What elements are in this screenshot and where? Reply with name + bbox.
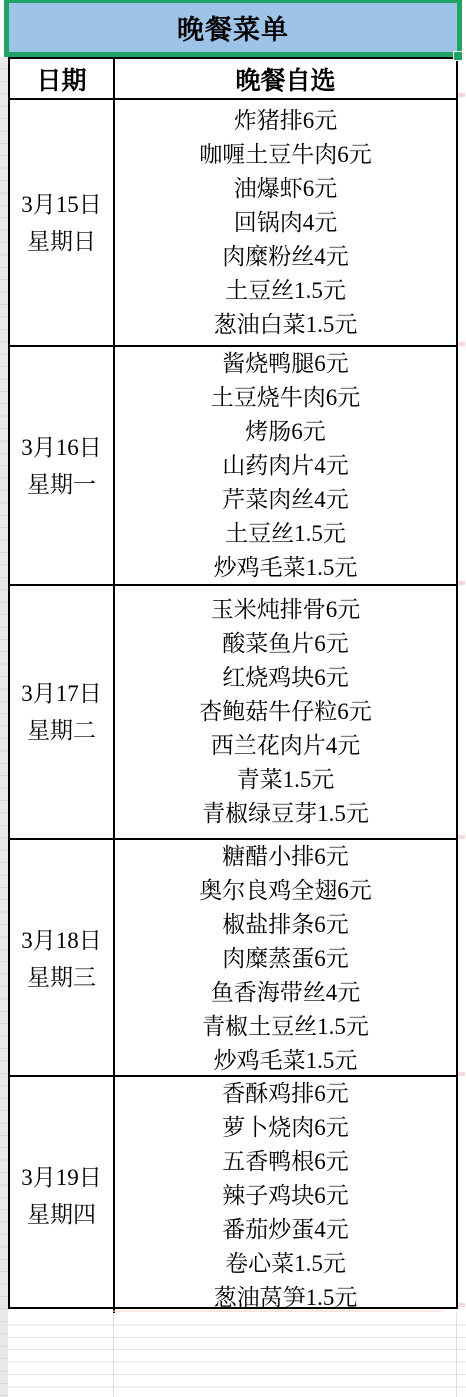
dish-item: 炸猪排6元 [234,104,338,138]
dish-item: 青椒土豆丝1.5元 [202,1010,369,1044]
dish-item: 回锅肉4元 [234,206,338,240]
weekday-label: 星期三 [27,959,96,996]
dish-item: 炒鸡毛菜1.5元 [214,551,358,585]
weekday-label: 星期日 [27,223,96,260]
dish-item: 土豆丝1.5元 [225,517,346,551]
menu-rows: 3月15日星期日炸猪排6元咖喱土豆牛肉6元油爆虾6元回锅肉4元肉糜粉丝4元土豆丝… [10,98,456,1307]
table-row: 3月18日星期三糖醋小排6元奥尔良鸡全翅6元椒盐排条6元肉糜蒸蛋6元鱼香海带丝4… [10,838,456,1075]
dish-item: 烤肠6元 [245,415,326,449]
border-artifact [113,1310,443,1312]
column-header-menu[interactable]: 晚餐自选 [113,59,456,98]
dish-item: 土豆烧牛肉6元 [211,381,361,415]
spreadsheet-view: 晚餐菜单 日期 晚餐自选 3月15日星期日炸猪排6元咖喱土豆牛肉6元油爆虾6元回… [0,0,466,1397]
dish-item: 辣子鸡块6元 [222,1179,349,1213]
dish-item: 五香鸭根6元 [222,1145,349,1179]
dish-item: 糖醋小排6元 [222,840,349,874]
page-title: 晚餐菜单 [177,8,289,47]
table-row: 3月15日星期日炸猪排6元咖喱土豆牛肉6元油爆虾6元回锅肉4元肉糜粉丝4元土豆丝… [10,98,456,345]
dish-item: 香酥鸡排6元 [222,1077,349,1111]
empty-cells-area[interactable] [8,1313,466,1397]
date-cell[interactable]: 3月18日星期三 [10,840,113,1078]
grid-vline [456,1313,457,1397]
border-artifact [458,835,465,839]
menu-cell[interactable]: 玉米炖排骨6元酸菜鱼片6元红烧鸡块6元杏鲍菇牛仔粒6元西兰花肉片4元青菜1.5元… [113,586,456,838]
date-cell[interactable]: 3月19日星期四 [10,1077,113,1315]
border-artifact [458,342,465,346]
grid-vline [113,1313,114,1397]
dish-item: 山药肉片4元 [222,449,349,483]
selection-fill-handle[interactable] [453,51,463,61]
dish-item: 炒鸡毛菜1.5元 [214,1044,358,1078]
date-cell[interactable]: 3月15日星期日 [10,100,113,345]
column-a-strip[interactable] [0,57,8,1397]
weekday-label: 星期一 [27,466,96,503]
dish-item: 肉糜蒸蛋6元 [222,942,349,976]
menu-cell[interactable]: 炸猪排6元咖喱土豆牛肉6元油爆虾6元回锅肉4元肉糜粉丝4元土豆丝1.5元葱油白菜… [113,100,456,345]
dish-item: 西兰花肉片4元 [211,729,361,763]
dish-item: 奥尔良鸡全翅6元 [199,874,372,908]
weekday-label: 星期二 [27,712,96,749]
table-row: 3月16日星期一酱烧鸭腿6元土豆烧牛肉6元烤肠6元山药肉片4元芹菜肉丝4元土豆丝… [10,345,456,584]
dish-item: 卷心菜1.5元 [225,1247,346,1281]
dish-item: 酸菜鱼片6元 [222,627,349,661]
border-artifact [458,1072,465,1076]
dish-item: 咖喱土豆牛肉6元 [199,138,372,172]
table-row: 3月19日星期四香酥鸡排6元萝卜烧肉6元五香鸭根6元辣子鸡块6元番茄炒蛋4元卷心… [10,1075,456,1307]
weekday-label: 星期四 [27,1196,96,1233]
title-cell[interactable]: 晚餐菜单 [4,0,462,57]
date-cell[interactable]: 3月16日星期一 [10,347,113,585]
dish-item: 酱烧鸭腿6元 [222,347,349,381]
border-artifact [458,581,465,585]
date-label: 3月18日 [21,922,102,959]
dish-item: 芹菜肉丝4元 [222,483,349,517]
date-label: 3月17日 [21,675,102,712]
menu-cell[interactable]: 糖醋小排6元奥尔良鸡全翅6元椒盐排条6元肉糜蒸蛋6元鱼香海带丝4元青椒土豆丝1.… [113,840,456,1078]
border-artifact [458,1303,465,1307]
dish-item: 红烧鸡块6元 [222,661,349,695]
dish-item: 番茄炒蛋4元 [222,1213,349,1247]
menu-cell[interactable]: 酱烧鸭腿6元土豆烧牛肉6元烤肠6元山药肉片4元芹菜肉丝4元土豆丝1.5元炒鸡毛菜… [113,347,456,585]
dish-item: 椒盐排条6元 [222,908,349,942]
dish-item: 鱼香海带丝4元 [211,976,361,1010]
dish-item: 青菜1.5元 [237,763,335,797]
dish-item: 肉糜粉丝4元 [222,240,349,274]
menu-cell[interactable]: 香酥鸡排6元萝卜烧肉6元五香鸭根6元辣子鸡块6元番茄炒蛋4元卷心菜1.5元葱油莴… [113,1077,456,1315]
dish-item: 萝卜烧肉6元 [222,1111,349,1145]
border-artifact [458,93,465,97]
column-header-date[interactable]: 日期 [10,59,113,98]
dish-item: 葱油白菜1.5元 [214,308,358,342]
date-cell[interactable]: 3月17日星期二 [10,586,113,838]
table-row: 3月17日星期二玉米炖排骨6元酸菜鱼片6元红烧鸡块6元杏鲍菇牛仔粒6元西兰花肉片… [10,584,456,838]
date-label: 3月16日 [21,429,102,466]
table-header-row: 日期 晚餐自选 [10,59,456,98]
dish-item: 玉米炖排骨6元 [211,593,361,627]
dish-item: 青椒绿豆芽1.5元 [202,797,369,831]
date-label: 3月15日 [21,186,102,223]
dish-item: 杏鲍菇牛仔粒6元 [199,695,372,729]
date-label: 3月19日 [21,1159,102,1196]
dish-item: 油爆虾6元 [234,172,338,206]
dish-item: 土豆丝1.5元 [225,274,346,308]
menu-table: 日期 晚餐自选 3月15日星期日炸猪排6元咖喱土豆牛肉6元油爆虾6元回锅肉4元肉… [8,57,458,1309]
